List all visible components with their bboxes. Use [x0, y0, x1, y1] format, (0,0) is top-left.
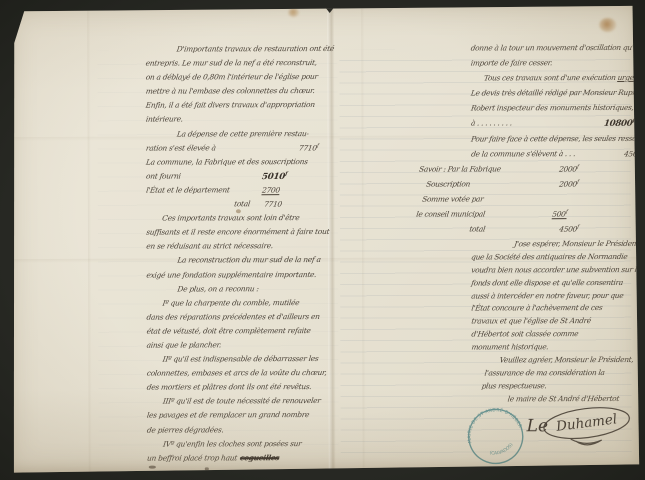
handwritten-line: plus respectueuse.	[481, 381, 640, 394]
line-text: dans des réparations précédentes et d'ai…	[146, 312, 320, 322]
fold-crease	[87, 7, 92, 473]
line-text: travaux et que l'église de St André	[471, 316, 592, 325]
line-text: Veuillez agréer, Monsieur le Président,	[499, 355, 634, 364]
handwritten-line: on a déblayé de 0,80m l'intérieur de l'é…	[144, 72, 334, 87]
handwritten-line: La reconstruction du mur sud de la nef a	[176, 255, 335, 270]
signature-name: Duhamel	[554, 411, 618, 435]
struck-word: cegueilles	[239, 453, 279, 462]
line-text: d'Hébertot soit classée comme	[471, 329, 579, 338]
line-text: Pour faire face à cette dépense, les seu…	[471, 133, 640, 143]
handwritten-line: De plus, on a reconnu :	[176, 284, 335, 299]
line-text: un beffroi placé trop haut	[146, 453, 237, 462]
line-text: l'État et le département	[146, 185, 231, 194]
line-text: à . . . . . . . . .	[470, 119, 512, 128]
amount: 4500f	[559, 224, 579, 234]
stamp-top-text: MAIRIE DE ST ANDRÉ D'HÉBERTOT	[464, 404, 524, 447]
amount: 2000f	[559, 179, 579, 189]
stain-mark	[288, 8, 299, 17]
line-text: colonnettes, embases et arcs de la voûte…	[146, 368, 327, 378]
handwritten-line: Tous ces travaux sont d'une exécution ur…	[482, 73, 639, 89]
line-text: La reconstruction du mur sud de la nef a	[177, 255, 322, 265]
amount: 500f	[552, 209, 568, 219]
handwritten-line: J'ose espérer, Monsieur le Président,	[513, 239, 640, 252]
line-text: on a déblayé de 0,80m l'intérieur de l'é…	[145, 72, 318, 82]
line-text: en se réduisant au strict nécessaire.	[146, 241, 274, 250]
handwritten-line: intérieure.	[145, 114, 335, 129]
handwritten-line: total4500f	[468, 224, 640, 240]
handwritten-line: D'importants travaux de restauration ont…	[175, 44, 334, 59]
handwritten-line: d'Hébertot soit classée comme	[470, 329, 639, 343]
handwritten-line: mettre à nu l'embase des colonnettes du …	[145, 86, 335, 101]
handwritten-line: Souscription2000f	[425, 179, 640, 195]
line-text: ration s'est élevée à	[145, 143, 216, 152]
handwritten-line: à . . . . . . . . .10800f	[470, 118, 640, 134]
line-text: total	[469, 225, 486, 234]
page-right-text-lower: J'ose espérer, Monsieur le Président, qu…	[470, 239, 640, 407]
handwritten-line: l'assurance de ma considération la	[483, 368, 639, 381]
line-text: Souscription	[426, 179, 471, 188]
line-text: D'importants travaux de restauration ont…	[176, 44, 335, 54]
line-text: Iº que la charpente du comble, mutilée	[162, 298, 300, 307]
line-text: Ces importants travaux sont loin d'être	[162, 213, 300, 222]
handwritten-line: exigé une fondation supplémentaire impor…	[145, 269, 335, 284]
signature-prefix: Le	[526, 416, 548, 436]
svg-text:(CALVADOS): (CALVADOS)	[487, 441, 517, 459]
handwritten-line: Ces importants travaux sont loin d'être	[161, 213, 335, 228]
line-text: Tous ces travaux sont d'une exécution	[483, 73, 618, 82]
handwritten-line: de pierres dégradées.	[146, 424, 336, 439]
amount: 7710f	[298, 143, 319, 153]
handwritten-line: dans des réparations précédentes et d'ai…	[145, 312, 335, 327]
handwritten-line: Le devis très détaillé rédigé par Monsie…	[470, 88, 640, 104]
line-text: Enfin, il a été fait divers travaux d'ap…	[145, 100, 315, 110]
stain-mark	[599, 18, 616, 32]
signature-flourish	[571, 439, 602, 445]
handwritten-line: un beffroi placé trop hautcegueilles	[146, 453, 336, 468]
handwritten-line: donne à la tour un mouvement d'oscillati…	[469, 43, 639, 59]
handwritten-line: monument historique.	[470, 342, 639, 356]
line-text: de la commune s'élèvent à . . .	[471, 149, 576, 158]
amount: 2000f	[559, 164, 579, 174]
handwritten-line: l'État concoure à l'achèvement de ces	[470, 303, 640, 317]
amount: 4500f	[624, 149, 640, 159]
line-text: que la Société des antiquaires de Norman…	[471, 252, 628, 262]
line-text: donne à la tour un mouvement d'oscillati…	[470, 43, 638, 53]
scanned-letter: D'importants travaux de restauration ont…	[0, 0, 645, 480]
line-text: La commune, la Fabrique et des souscript…	[145, 157, 308, 167]
handwritten-line: suffisants et il reste encore énormément…	[145, 227, 335, 242]
line-text: des mortiers et plâtres dont ils ont été…	[146, 382, 312, 392]
line-text: aussi à intercéder en notre faveur, pour…	[471, 291, 624, 301]
letter-paper: D'importants travaux de restauration ont…	[7, 5, 640, 473]
line-text: Savoir : Par la Fabrique	[419, 164, 502, 173]
line-text: l'assurance de ma considération la	[484, 368, 605, 377]
svg-text:MAIRIE DE ST ANDRÉ D'HÉBERTOT: MAIRIE DE ST ANDRÉ D'HÉBERTOT	[464, 404, 524, 447]
line-text: le conseil municipal	[416, 209, 486, 218]
amount: 10800f	[603, 118, 635, 129]
handwritten-line: fonds dont elle dispose et qu'elle conse…	[470, 278, 640, 292]
handwritten-line: Robert inspecteur des monuments historiq…	[470, 103, 640, 119]
handwritten-line: état de vétusté, doit être complètement …	[145, 326, 335, 341]
signature: Le Duhamel	[517, 397, 640, 453]
line-text: La dépense de cette première restau-	[176, 129, 309, 138]
handwritten-line: Somme votée par	[421, 194, 640, 210]
handwritten-line: Veuillez agréer, Monsieur le Président,	[498, 355, 639, 368]
handwritten-line: Iº que la charpente du comble, mutilée	[161, 298, 335, 313]
line-text: ainsi que le plancher.	[146, 340, 222, 349]
line-text: exigé une fondation supplémentaire impor…	[146, 270, 317, 280]
handwritten-line: de la commune s'élèvent à . . .4500f	[470, 148, 640, 164]
line-text: suffisants et il reste encore énormément…	[146, 227, 330, 237]
line-text: importe de faire cesser.	[470, 58, 553, 67]
handwritten-line: Enfin, il a été fait divers travaux d'ap…	[145, 100, 335, 115]
line-text: ont fourni	[146, 171, 182, 180]
line-text: voudra bien nous accorder une subvention…	[471, 265, 640, 275]
handwritten-line: IVº qu'enfin les cloches sont posées sur	[162, 439, 336, 454]
page-right-text-upper: donne à la tour un mouvement d'oscillati…	[469, 43, 639, 240]
line-text: Le devis très détaillé rédigé par Monsie…	[470, 88, 639, 98]
line-text: entrepris. Le mur sud de la nef a été re…	[145, 58, 317, 68]
page-left-text: D'importants travaux de restauration ont…	[144, 44, 334, 467]
line-text: De plus, on a reconnu :	[177, 284, 259, 293]
line-text: état de vétusté, doit être complètement …	[146, 326, 311, 336]
handwritten-line: ration s'est élevée à7710f	[145, 143, 335, 158]
handwritten-line: Savoir : Par la Fabrique2000f	[418, 164, 640, 180]
handwritten-line: IIIº qu'il est de toute nécessité de ren…	[162, 396, 336, 411]
handwritten-line: importe de faire cesser.	[469, 58, 639, 74]
handwritten-line: La commune, la Fabrique et des souscript…	[145, 157, 335, 172]
amount: 2700	[261, 185, 280, 195]
line-text: Robert inspecteur des monuments historiq…	[470, 103, 639, 113]
handwritten-line: ont fourni5010f	[145, 171, 335, 186]
handwritten-line: aussi à intercéder en notre faveur, pour…	[470, 290, 640, 304]
line-text: intérieure.	[145, 115, 183, 124]
handwritten-line: en se réduisant au strict nécessaire.	[145, 241, 335, 256]
underlined-word: urgente	[617, 73, 640, 82]
line-text: fonds dont elle dispose et qu'elle conse…	[471, 278, 624, 288]
line-text: IIIº qu'il est de toute nécessité de ren…	[162, 396, 321, 406]
amount: 7710	[264, 199, 283, 209]
amount: 5010f	[261, 171, 287, 182]
line-text: total	[234, 199, 251, 208]
line-text: IIº qu'il est indispensable de débarrass…	[162, 354, 319, 364]
handwritten-line: La dépense de cette première restau-	[176, 129, 335, 144]
line-text: plus respectueuse.	[481, 381, 547, 390]
handwritten-line: IIº qu'il est indispensable de débarrass…	[161, 354, 335, 369]
handwritten-line: que la Société des antiquaires de Norman…	[470, 252, 640, 266]
fold-crease	[361, 6, 366, 472]
line-text: Somme votée par	[422, 194, 484, 203]
line-text: mettre à nu l'embase des colonnettes du …	[145, 86, 315, 96]
handwritten-line: travaux et que l'église de St André	[470, 316, 639, 330]
line-text: de pierres dégradées.	[146, 425, 224, 434]
handwritten-line: le conseil municipal500f	[415, 209, 640, 225]
handwritten-line: ainsi que le plancher.	[145, 340, 335, 355]
handwritten-line: l'État et le département2700	[145, 185, 335, 200]
handwritten-line: Pour faire face à cette dépense, les seu…	[470, 133, 640, 149]
handwritten-line: les pavages et de remplacer un grand nom…	[146, 410, 336, 425]
line-text: IVº qu'enfin les cloches sont posées sur	[162, 439, 302, 448]
line-text: l'État concoure à l'achèvement de ces	[471, 303, 603, 312]
stamp-bottom-text: (CALVADOS)	[487, 441, 517, 459]
handwritten-line: colonnettes, embases et arcs de la voûte…	[146, 368, 336, 383]
line-text: les pavages et de remplacer un grand nom…	[146, 410, 310, 420]
line-text: J'ose espérer, Monsieur le Président,	[514, 239, 640, 248]
handwritten-line: voudra bien nous accorder une subvention…	[470, 265, 640, 279]
handwritten-line: total7710	[233, 199, 335, 213]
handwritten-line: entrepris. Le mur sud de la nef a été re…	[144, 58, 334, 73]
handwritten-line: des mortiers et plâtres dont ils ont été…	[146, 382, 336, 397]
stain-mark	[205, 467, 209, 470]
line-text: monument historique.	[471, 342, 549, 351]
